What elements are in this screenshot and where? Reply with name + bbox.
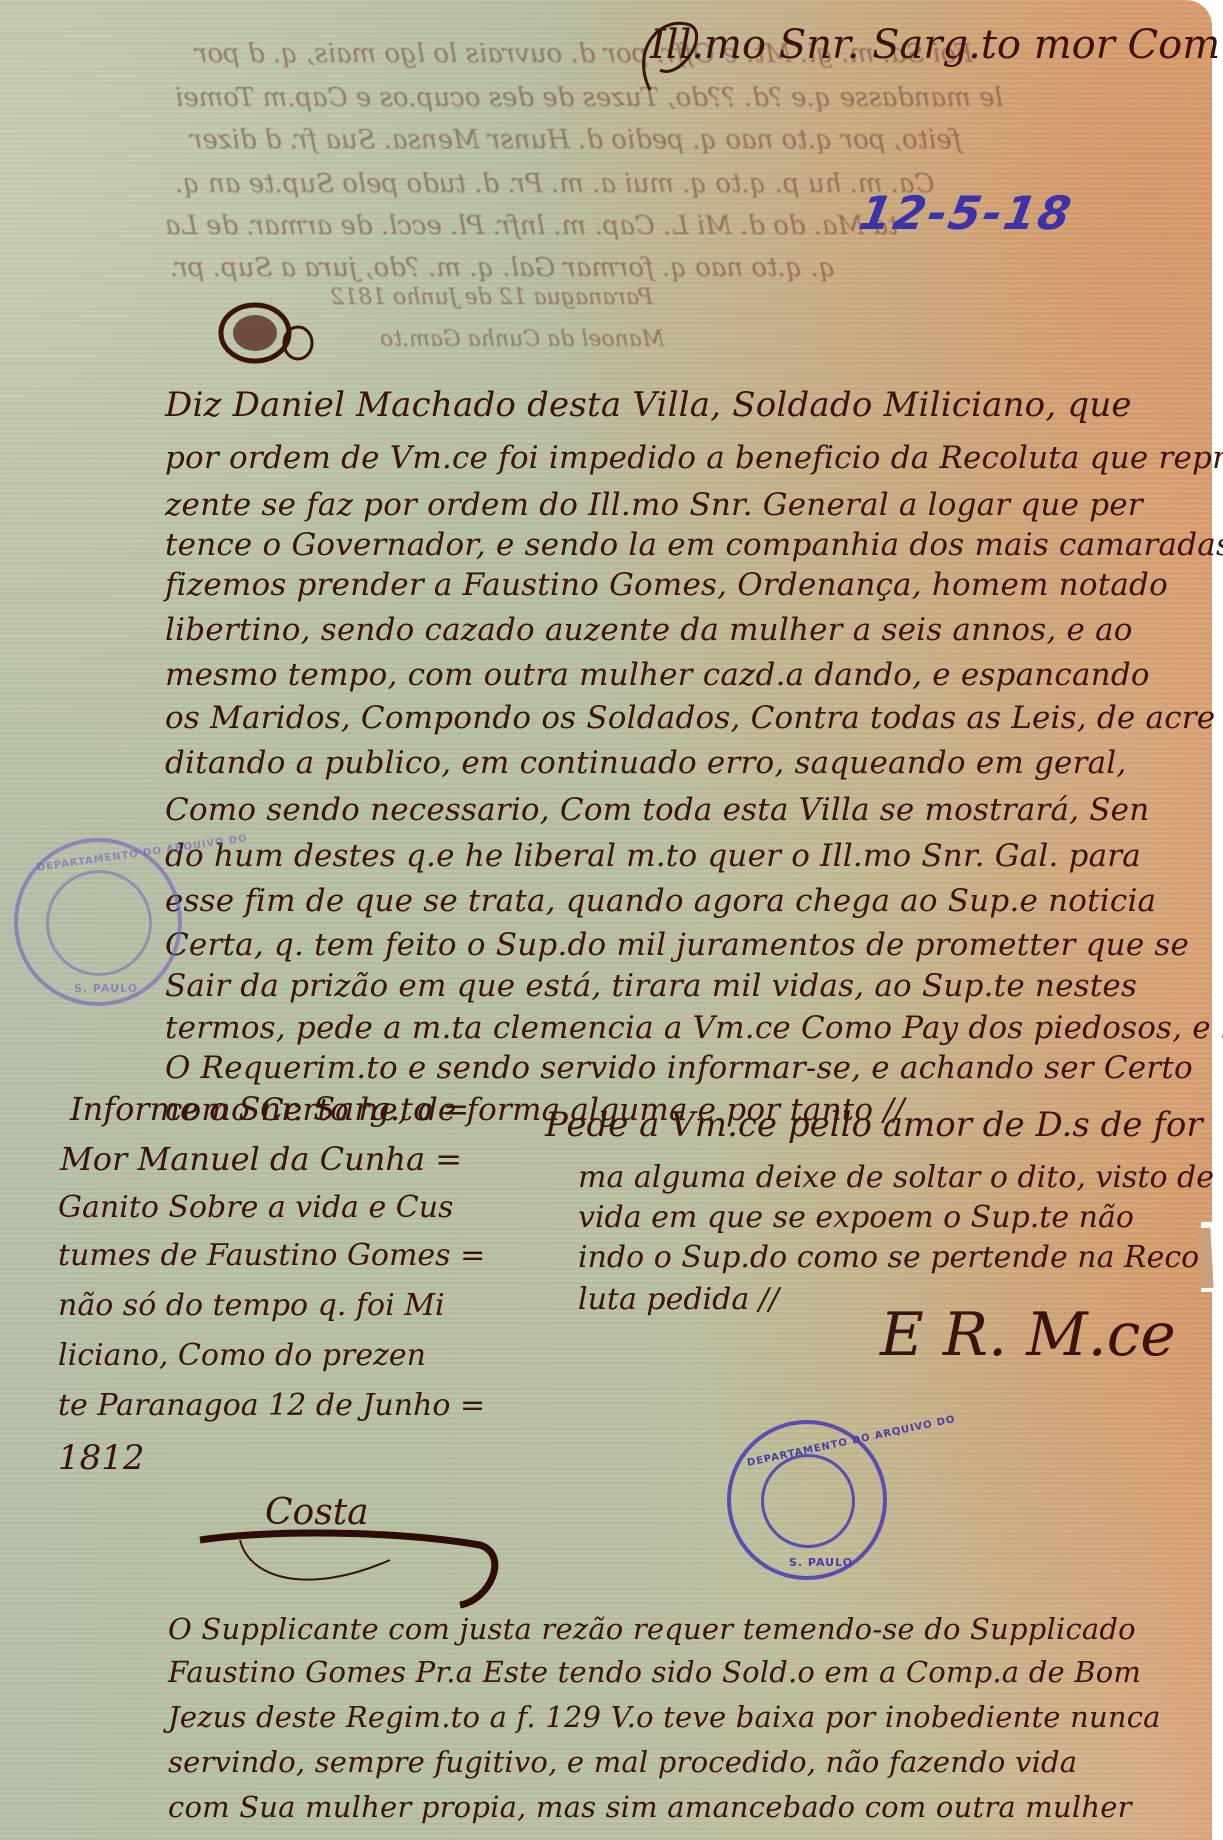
petition-line: os Maridos, Compondo os Soldados, Contra… <box>165 700 1215 736</box>
petition-line: libertino, sendo cazado auzente da mulhe… <box>165 612 1133 648</box>
informacao-line: com Sua mulher propia, mas sim amancebad… <box>168 1790 1132 1824</box>
closing-line: vida em que se expoem o Sup.te não <box>578 1200 1134 1235</box>
informacao-line: O Supplicante com justa rezão requer tem… <box>168 1612 1136 1646</box>
informacao-line: Jezus deste Regim.to a f. 129 V.o teve b… <box>168 1700 1161 1734</box>
stamp-text: S. PAULO <box>789 1556 853 1569</box>
despacho-line: tumes de Faustino Gomes = <box>58 1238 485 1273</box>
header-flourish <box>620 10 730 110</box>
petition-line: Como sendo necessario, Com toda esta Vil… <box>165 792 1149 828</box>
signature-flourish <box>190 1520 510 1610</box>
stamp-text: DEPARTAMENTO DO ARQUIVO DO <box>746 1414 956 1469</box>
despacho-line: liciano, Como do prezen <box>58 1338 426 1373</box>
manuscript-page: Foi Sa. m. gi. Mt. e Offr. por d. ouvrai… <box>0 0 1212 1840</box>
petition-line: termos, pede a m.ta clemencia a Vm.ce Co… <box>165 1010 1223 1046</box>
despacho-date: 1812 <box>58 1438 145 1478</box>
petition-line: tence o Governador, e sendo la em compan… <box>165 527 1223 563</box>
bleed-line: feito, por q.to nao q. pedio d. Hunsr Me… <box>190 118 961 162</box>
petition-line: esse fim de que se trata, quando agora c… <box>165 883 1156 919</box>
archive-stamp: DEPARTAMENTO DO ARQUIVO DO S. PAULO <box>727 1420 887 1580</box>
stamp-text: S. PAULO <box>74 982 138 995</box>
despacho-line: te Paranagoa 12 de Junho = <box>58 1388 485 1423</box>
header-address: Ill.mo Snr. Sarg.to mor Com.de <box>650 22 1223 68</box>
despacho-line: Mor Manuel da Cunha = <box>60 1140 462 1178</box>
ink-seal-blot <box>210 288 320 378</box>
petition-line: Sair da prizão em que está, tirara mil v… <box>165 968 1137 1004</box>
closing-formula: E R. M.ce <box>880 1300 1176 1370</box>
petition-line: ditando a publico, em continuado erro, s… <box>165 745 1126 781</box>
petition-line: fizemos prender a Faustino Gomes, Ordena… <box>165 567 1168 603</box>
informacao-line: Faustino Gomes Pr.a Este tendo sido Sold… <box>168 1655 1141 1689</box>
petition-line: mesmo tempo, com outra mulher cazd.a dan… <box>165 657 1150 693</box>
closing-line: luta pedida // <box>578 1282 779 1317</box>
closing-line: ma alguma deixe de soltar o dito, visto … <box>578 1160 1214 1195</box>
bleed-line: ta Ma. do d. Mi L. Cap. m. lnfr. Pl. ecc… <box>165 204 898 248</box>
informacao-line: servindo, sempre fugitivo, e mal procedi… <box>168 1745 1077 1779</box>
closing-line: indo o Sup.do como se pertende na Reco <box>578 1240 1199 1275</box>
petition-line: por ordem de Vm.ce foi impedido a benefi… <box>165 440 1223 476</box>
petition-line: do hum destes q.e he liberal m.to quer o… <box>165 838 1141 874</box>
bleed-line: Manoel da Cunha Gam.to <box>380 318 664 362</box>
despacho-line: Informe o Snr. Sarg.to = <box>70 1090 469 1128</box>
petition-line: O Requerim.to e sendo servido informar-s… <box>165 1050 1193 1086</box>
petition-line: Certa, q. tem feito o Sup.do mil juramen… <box>165 927 1189 963</box>
despacho-line: Ganito Sobre a vida e Cus <box>58 1190 453 1225</box>
bleed-line: Paranagua 12 de Junho 1812 <box>330 276 653 320</box>
petition-line: Diz Daniel Machado desta Villa, Soldado … <box>165 385 1132 425</box>
bleed-line: Ca. m. hu p. q.to q. mui a. m. Pr. d. tu… <box>175 162 934 206</box>
bleed-line: le mandasse q.e ?d. ??do, Tuzes de des o… <box>175 76 1003 120</box>
archive-number: 12-5-18 <box>855 186 1077 240</box>
closing-line: Pede a Vm.ce pello amor de D.s de for <box>545 1105 1203 1145</box>
despacho-line: não só do tempo q. foi Mi <box>58 1288 445 1323</box>
archive-stamp-faded: DEPARTAMENTO DO ARQUIVO DO S. PAULO <box>14 838 182 1006</box>
petition-line: zente se faz por ordem do Ill.mo Snr. Ge… <box>165 487 1143 523</box>
